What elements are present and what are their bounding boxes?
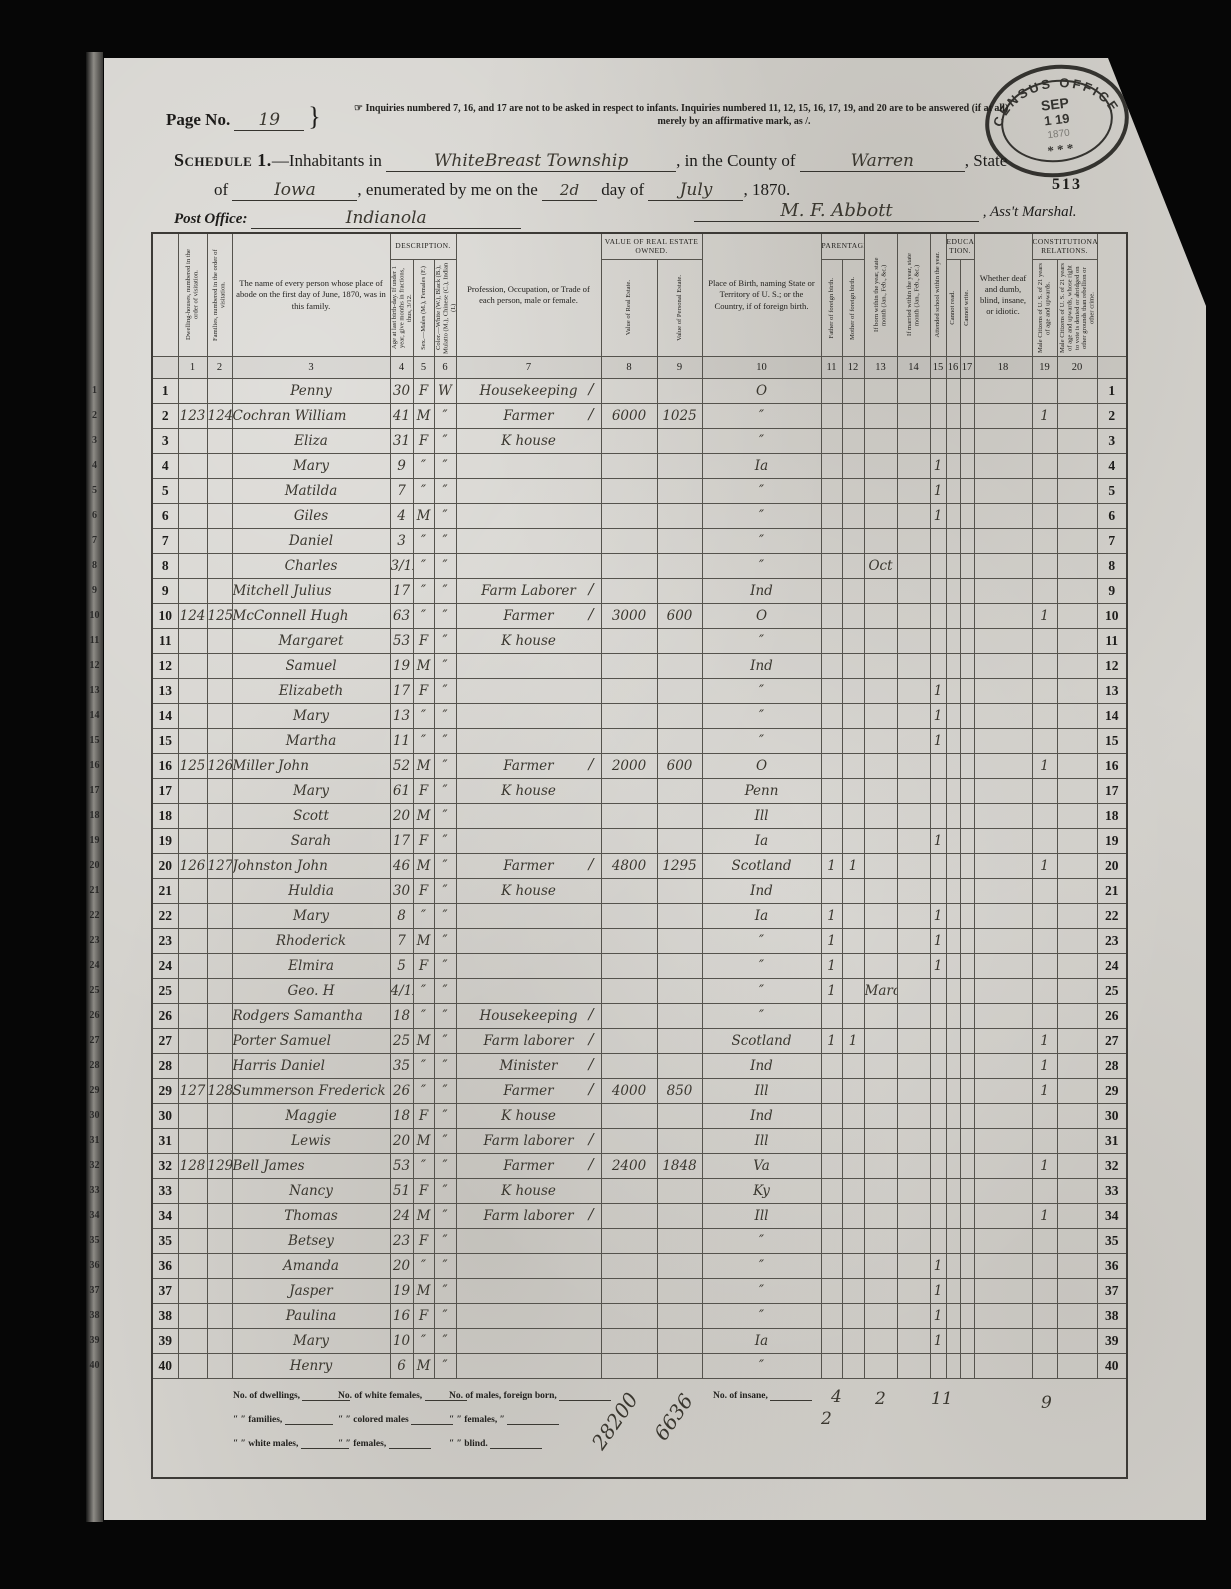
cell-male-citizen	[1032, 1229, 1057, 1254]
cell-sex: M	[413, 1204, 434, 1229]
cell-married-month	[897, 679, 930, 704]
cell-color: ″	[434, 1029, 456, 1054]
cell-sex: F	[413, 679, 434, 704]
cell-father-foreign	[821, 729, 842, 754]
stamp-year: 1870	[1047, 128, 1071, 142]
cell-deaf-dumb	[974, 1004, 1032, 1029]
total-father-foreign-alt: 2	[821, 1409, 832, 1429]
group-header-constitutional: Constitutional Relations.	[1032, 233, 1097, 260]
cell-cannot-read	[946, 1179, 960, 1204]
cell-mother-foreign	[842, 1079, 864, 1104]
cell-cannot-write	[960, 679, 974, 704]
cell-father-foreign: 1	[821, 979, 842, 1004]
row-number-right: 39	[1097, 1329, 1127, 1354]
cell-married-month	[897, 1079, 930, 1104]
table-row: 1 Penny 30 F W Housekeeping/ O 1	[152, 379, 1127, 404]
cell-cannot-write	[960, 554, 974, 579]
cell-personal-estate: 1025	[657, 404, 702, 429]
cell-vote-denied	[1057, 1154, 1097, 1179]
cell-dwelling-no	[178, 429, 207, 454]
cell-vote-denied	[1057, 1279, 1097, 1304]
given-name: Elizabeth	[279, 683, 343, 699]
cell-age: 20	[390, 1254, 413, 1279]
cell-birthplace: ″	[702, 679, 821, 704]
cell-dwelling-no	[178, 929, 207, 954]
cell-occupation	[456, 554, 601, 579]
cell-born-month	[864, 504, 897, 529]
cell-cannot-read	[946, 879, 960, 904]
occupation-text: Farmer	[503, 1158, 553, 1174]
cell-born-month	[864, 779, 897, 804]
cell-color: ″	[434, 554, 456, 579]
cell-family-no	[207, 629, 232, 654]
cell-attended-school	[930, 1004, 946, 1029]
cell-real-estate: 2000	[601, 754, 657, 779]
cell-birthplace: ″	[702, 1304, 821, 1329]
cell-married-month	[897, 1304, 930, 1329]
cell-attended-school	[930, 879, 946, 904]
row-number-right: 4	[1097, 454, 1127, 479]
cell-sex: M	[413, 754, 434, 779]
cell-male-citizen	[1032, 904, 1057, 929]
cell-attended-school	[930, 1204, 946, 1229]
cell-dwelling-no: 127	[178, 1079, 207, 1104]
given-name: Nancy	[289, 1183, 333, 1199]
cell-name: Huldia	[232, 879, 390, 904]
cell-color: ″	[434, 629, 456, 654]
cell-father-foreign	[821, 1154, 842, 1179]
cell-born-month	[864, 479, 897, 504]
page-no-label: Page No.	[166, 110, 230, 129]
cell-attended-school	[930, 754, 946, 779]
of-label: of	[214, 180, 228, 199]
cell-mother-foreign	[842, 979, 864, 1004]
cell-real-estate	[601, 1004, 657, 1029]
cell-personal-estate	[657, 1304, 702, 1329]
occupation-text: Farmer	[503, 408, 553, 424]
cell-personal-estate	[657, 1129, 702, 1154]
cell-family-no	[207, 679, 232, 704]
cell-cannot-read	[946, 729, 960, 754]
cell-married-month	[897, 504, 930, 529]
cell-male-citizen: 1	[1032, 1154, 1057, 1179]
cell-mother-foreign	[842, 1204, 864, 1229]
cell-sex: ″	[413, 1054, 434, 1079]
cell-vote-denied	[1057, 1054, 1097, 1079]
cell-name: Samuel	[232, 654, 390, 679]
cell-vote-denied	[1057, 1079, 1097, 1104]
table-row: 15 Martha 11 ″ ″ ″ 1 15	[152, 729, 1127, 754]
cell-occupation: K house	[456, 779, 601, 804]
brace: }	[308, 102, 320, 131]
occupation-text: Housekeeping	[480, 383, 578, 399]
cell-vote-denied	[1057, 1304, 1097, 1329]
cell-deaf-dumb	[974, 1179, 1032, 1204]
cell-cannot-write	[960, 1154, 974, 1179]
table-row: 11 Margaret 53 F ″ K house ″ 11	[152, 629, 1127, 654]
cell-personal-estate	[657, 954, 702, 979]
cell-vote-denied	[1057, 454, 1097, 479]
cell-mother-foreign	[842, 829, 864, 854]
cell-color: ″	[434, 1179, 456, 1204]
cell-male-citizen	[1032, 1304, 1057, 1329]
cell-name: Elmira	[232, 954, 390, 979]
row-number-left: 37	[152, 1279, 178, 1304]
cell-birthplace: Ia	[702, 829, 821, 854]
cell-cannot-write	[960, 1204, 974, 1229]
row-number-left: 5	[152, 479, 178, 504]
cell-dwelling-no: 123	[178, 404, 207, 429]
cell-real-estate	[601, 1129, 657, 1154]
occupation-text: Farmer	[503, 858, 553, 874]
table-row: 20 126 127 Johnston John 46 M ″ Farmer/ …	[152, 854, 1127, 879]
cell-vote-denied	[1057, 904, 1097, 929]
cell-name: Harris Daniel	[232, 1054, 390, 1079]
cell-father-foreign	[821, 1354, 842, 1379]
cell-father-foreign	[821, 554, 842, 579]
cell-mother-foreign	[842, 954, 864, 979]
affirmative-mark: /	[588, 755, 593, 773]
cell-real-estate	[601, 954, 657, 979]
cell-father-foreign	[821, 1329, 842, 1354]
cell-name: Elizabeth	[232, 679, 390, 704]
cell-father-foreign	[821, 604, 842, 629]
cell-born-month	[864, 729, 897, 754]
row-number-left: 6	[152, 504, 178, 529]
occupation-text: Minister	[500, 1058, 558, 1074]
cell-birthplace: ″	[702, 429, 821, 454]
cell-vote-denied	[1057, 729, 1097, 754]
row-number-left: 4	[152, 454, 178, 479]
cell-age: 20	[390, 1129, 413, 1154]
dayof-label: day of	[601, 180, 644, 199]
cell-attended-school	[930, 1179, 946, 1204]
cell-occupation: K house	[456, 629, 601, 654]
row-number-right: 35	[1097, 1229, 1127, 1254]
cell-married-month	[897, 979, 930, 1004]
row-number-left: 1	[152, 379, 178, 404]
occupation-text: Farm laborer	[483, 1208, 573, 1224]
cell-family-no	[207, 1204, 232, 1229]
cell-cannot-read	[946, 1329, 960, 1354]
cell-age: 53	[390, 629, 413, 654]
cell-father-foreign	[821, 579, 842, 604]
cell-father-foreign	[821, 829, 842, 854]
group-header-parentage: Parentage.	[821, 233, 864, 260]
cell-mother-foreign	[842, 379, 864, 404]
cell-cannot-write	[960, 454, 974, 479]
cell-deaf-dumb	[974, 679, 1032, 704]
occupation-text: K house	[501, 1108, 556, 1124]
cell-color: ″	[434, 654, 456, 679]
row-number-left: 18	[152, 804, 178, 829]
given-name: Jasper	[289, 1283, 332, 1299]
table-row: 17 Mary 61 F ″ K house Penn 17	[152, 779, 1127, 804]
day-value: 2d	[560, 181, 579, 199]
cell-age: 13	[390, 704, 413, 729]
cell-occupation	[456, 1279, 601, 1304]
census-scan: 1234567891011121314151617181920212223242…	[0, 0, 1231, 1589]
cell-born-month	[864, 454, 897, 479]
cell-father-foreign	[821, 1004, 842, 1029]
row-number-left: 28	[152, 1054, 178, 1079]
table-row: 29 127 128 Summerson Frederick 26 ″ ″ Fa…	[152, 1079, 1127, 1104]
cell-occupation: Housekeeping/	[456, 379, 601, 404]
cell-cannot-write	[960, 754, 974, 779]
cell-sex: F	[413, 1304, 434, 1329]
cell-born-month	[864, 1029, 897, 1054]
cell-birthplace: ″	[702, 704, 821, 729]
cell-attended-school	[930, 604, 946, 629]
cell-dwelling-no	[178, 879, 207, 904]
cell-mother-foreign	[842, 1129, 864, 1154]
footer-white-females-label: No. of white females,	[338, 1391, 422, 1401]
cell-born-month	[864, 429, 897, 454]
cell-cannot-read	[946, 704, 960, 729]
cell-attended-school	[930, 429, 946, 454]
row-number-left: 40	[152, 1354, 178, 1379]
row-number-right: 31	[1097, 1129, 1127, 1154]
cell-birthplace: O	[702, 604, 821, 629]
row-number-right: 32	[1097, 1154, 1127, 1179]
cell-family-no	[207, 729, 232, 754]
cell-attended-school	[930, 854, 946, 879]
cell-real-estate	[601, 654, 657, 679]
cell-born-month	[864, 929, 897, 954]
cell-dwelling-no	[178, 729, 207, 754]
cell-dwelling-no	[178, 504, 207, 529]
cell-cannot-read	[946, 904, 960, 929]
cell-family-no	[207, 479, 232, 504]
cell-color: ″	[434, 1079, 456, 1104]
cell-cannot-write	[960, 1229, 974, 1254]
table-row: 25 Geo. H 4/12 ″ ″ ″ 1 March 25	[152, 979, 1127, 1004]
cell-family-no	[207, 429, 232, 454]
county-value: Warren	[851, 151, 914, 171]
cell-real-estate	[601, 529, 657, 554]
cell-real-estate	[601, 504, 657, 529]
cell-cannot-read	[946, 604, 960, 629]
cell-family-no: 128	[207, 1079, 232, 1104]
cell-dwelling-no	[178, 529, 207, 554]
cell-vote-denied	[1057, 979, 1097, 1004]
cell-born-month	[864, 1079, 897, 1104]
cell-age: 9	[390, 454, 413, 479]
cell-name: Porter Samuel	[232, 1029, 390, 1054]
cell-color: ″	[434, 504, 456, 529]
cell-birthplace: ″	[702, 1254, 821, 1279]
cell-born-month	[864, 829, 897, 854]
cell-age: 17	[390, 829, 413, 854]
cell-birthplace: O	[702, 379, 821, 404]
row-number-left: 14	[152, 704, 178, 729]
cell-dwelling-no	[178, 454, 207, 479]
cell-occupation	[456, 504, 601, 529]
cell-real-estate	[601, 679, 657, 704]
row-number-right: 38	[1097, 1304, 1127, 1329]
occupation-text: Farm Laborer	[481, 583, 576, 599]
occupation-text: K house	[501, 783, 556, 799]
cell-married-month	[897, 1104, 930, 1129]
cell-married-month	[897, 629, 930, 654]
cell-born-month	[864, 679, 897, 704]
cell-born-month	[864, 754, 897, 779]
cell-male-citizen: 1	[1032, 754, 1057, 779]
cell-cannot-read	[946, 504, 960, 529]
cell-age: 46	[390, 854, 413, 879]
cell-age: 19	[390, 654, 413, 679]
col-header-born-month: If born within the year, state month (Ja…	[864, 233, 897, 357]
cell-vote-denied	[1057, 1029, 1097, 1054]
cell-married-month	[897, 529, 930, 554]
given-name: Frederick	[319, 1083, 386, 1099]
cell-color: ″	[434, 704, 456, 729]
cell-married-month	[897, 904, 930, 929]
row-number-left: 16	[152, 754, 178, 779]
cell-attended-school: 1	[930, 504, 946, 529]
cell-cannot-read	[946, 579, 960, 604]
cell-dwelling-no	[178, 704, 207, 729]
cell-deaf-dumb	[974, 404, 1032, 429]
edge-row-numbers: 1234567891011121314151617181920212223242…	[86, 378, 103, 1378]
cell-deaf-dumb	[974, 779, 1032, 804]
table-row: 36 Amanda 20 ″ ″ ″ 1 36	[152, 1254, 1127, 1279]
cell-attended-school: 1	[930, 954, 946, 979]
cell-mother-foreign	[842, 1154, 864, 1179]
row-number-left: 29	[152, 1079, 178, 1104]
cell-cannot-write	[960, 1304, 974, 1329]
cell-age: 30	[390, 879, 413, 904]
given-name: Maggie	[285, 1108, 336, 1124]
cell-mother-foreign	[842, 479, 864, 504]
cell-color: ″	[434, 1229, 456, 1254]
cell-occupation: Farm Laborer/	[456, 579, 601, 604]
cell-deaf-dumb	[974, 1279, 1032, 1304]
row-number-left: 36	[152, 1254, 178, 1279]
given-name: Rhoderick	[276, 933, 346, 949]
cell-cannot-write	[960, 1254, 974, 1279]
cell-birthplace: ″	[702, 929, 821, 954]
cell-family-no	[207, 1129, 232, 1154]
cell-occupation: Farmer/	[456, 404, 601, 429]
row-number-left: 22	[152, 904, 178, 929]
cell-real-estate	[601, 729, 657, 754]
row-number-right: 3	[1097, 429, 1127, 454]
affirmative-mark: /	[588, 1205, 593, 1223]
cell-real-estate	[601, 929, 657, 954]
cell-born-month	[864, 1004, 897, 1029]
cell-occupation: Farm laborer/	[456, 1204, 601, 1229]
schedule-line: Schedule 1.—Inhabitants in WhiteBreast T…	[174, 150, 1007, 172]
cell-sex: M	[413, 854, 434, 879]
cell-birthplace: ″	[702, 1354, 821, 1379]
cell-family-no	[207, 954, 232, 979]
cell-male-citizen: 1	[1032, 854, 1057, 879]
cell-cannot-write	[960, 654, 974, 679]
cell-birthplace: ″	[702, 554, 821, 579]
cell-family-no	[207, 579, 232, 604]
cell-name: Rhoderick	[232, 929, 390, 954]
cell-family-no	[207, 1104, 232, 1129]
cell-family-no	[207, 1179, 232, 1204]
table-row: 21 Huldia 30 F ″ K house Ind 21	[152, 879, 1127, 904]
cell-vote-denied	[1057, 479, 1097, 504]
cell-personal-estate	[657, 779, 702, 804]
cell-cannot-read	[946, 429, 960, 454]
given-name: James	[263, 1158, 304, 1174]
affirmative-mark: /	[588, 380, 593, 398]
cell-real-estate	[601, 579, 657, 604]
cell-cannot-write	[960, 854, 974, 879]
cell-name: Martha	[232, 729, 390, 754]
occupation-text: K house	[501, 433, 556, 449]
cell-mother-foreign	[842, 1329, 864, 1354]
table-row: 33 Nancy 51 F ″ K house Ky 33	[152, 1179, 1127, 1204]
cell-father-foreign: 1	[821, 954, 842, 979]
table-row: 27 Porter Samuel 25 M ″ Farm laborer/ Sc…	[152, 1029, 1127, 1054]
cell-deaf-dumb	[974, 704, 1032, 729]
col-header-school: Attended school within the year.	[930, 233, 946, 357]
cell-color: ″	[434, 1354, 456, 1379]
cell-born-month	[864, 604, 897, 629]
cell-vote-denied	[1057, 1329, 1097, 1354]
cell-family-no: 129	[207, 1154, 232, 1179]
cell-birthplace: Ky	[702, 1179, 821, 1204]
cell-attended-school	[930, 1354, 946, 1379]
cell-mother-foreign	[842, 1254, 864, 1279]
cell-occupation	[456, 954, 601, 979]
cell-cannot-write	[960, 604, 974, 629]
cell-family-no	[207, 504, 232, 529]
cell-real-estate	[601, 1104, 657, 1129]
cell-name: Betsey	[232, 1229, 390, 1254]
cell-attended-school	[930, 629, 946, 654]
cell-deaf-dumb	[974, 454, 1032, 479]
row-number-right: 8	[1097, 554, 1127, 579]
row-number-left: 7	[152, 529, 178, 554]
col-header-deaf-dumb: Whether deaf and dumb, blind, insane, or…	[974, 233, 1032, 357]
cell-born-month	[864, 1279, 897, 1304]
cell-sex: ″	[413, 1254, 434, 1279]
cell-vote-denied	[1057, 804, 1097, 829]
cell-name: Geo. H	[232, 979, 390, 1004]
cell-married-month	[897, 1254, 930, 1279]
cell-age: 3/12	[390, 554, 413, 579]
cell-dwelling-no	[178, 379, 207, 404]
cell-family-no	[207, 454, 232, 479]
cell-father-foreign	[821, 1254, 842, 1279]
cell-male-citizen	[1032, 479, 1057, 504]
cell-father-foreign: 1	[821, 929, 842, 954]
cell-mother-foreign	[842, 579, 864, 604]
cell-age: 30	[390, 379, 413, 404]
cell-mother-foreign	[842, 754, 864, 779]
row-number-left: 17	[152, 779, 178, 804]
cell-sex: ″	[413, 704, 434, 729]
cell-occupation	[456, 704, 601, 729]
cell-attended-school: 1	[930, 479, 946, 504]
cell-mother-foreign	[842, 704, 864, 729]
cell-personal-estate	[657, 454, 702, 479]
table-row: 2 123 124 Cochran William 41 M ″ Farmer/…	[152, 404, 1127, 429]
cell-married-month	[897, 704, 930, 729]
row-number-left: 33	[152, 1179, 178, 1204]
cell-occupation	[456, 679, 601, 704]
cell-age: 11	[390, 729, 413, 754]
cell-deaf-dumb	[974, 904, 1032, 929]
given-name: Geo. H	[287, 983, 334, 999]
cell-name: Amanda	[232, 1254, 390, 1279]
